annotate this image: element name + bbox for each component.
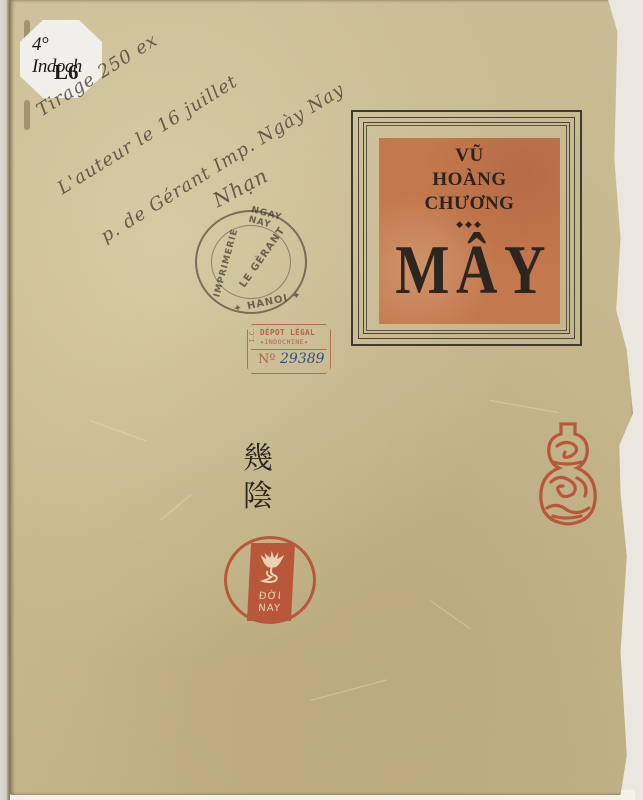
- phoenix-icon: [255, 549, 289, 587]
- han-character: 陰: [238, 478, 278, 516]
- paper-fiber: [310, 679, 388, 701]
- paper-fiber: [90, 420, 147, 441]
- author-name-line: VŨ: [379, 144, 560, 168]
- depot-legal-stamp: I.C. DÉPOT LÉGAL ✦INDOCHINE✦ Nº 29389: [247, 324, 331, 374]
- depot-subtitle: ✦INDOCHINE✦: [260, 338, 309, 346]
- author-name-line: HOÀNG: [379, 168, 560, 192]
- gourd-seal-icon: [537, 422, 599, 526]
- doi-nay-seal: ĐỜI NAY: [224, 536, 316, 624]
- han-characters: 幾 陰: [238, 440, 278, 516]
- title-frame: VŨ HOÀNG CHƯƠNG ◆◆◆ MÂY: [351, 110, 582, 346]
- depot-number-label: Nº: [258, 352, 276, 367]
- depot-side-text: I.C.: [249, 328, 256, 342]
- book-title: MÂY: [395, 236, 543, 306]
- paper-fiber: [160, 494, 191, 520]
- title-panel: VŨ HOÀNG CHƯƠNG ◆◆◆ MÂY: [379, 138, 560, 324]
- author-name-line: CHƯƠNG: [379, 192, 560, 216]
- han-character: 幾: [238, 440, 278, 478]
- printer-circular-stamp: IMPRIMERIE NGAY NAY LE GÉRANT ✦ HANOI ✦: [195, 210, 307, 314]
- seal-text: NAY: [247, 603, 292, 614]
- spine-stain: [24, 100, 30, 130]
- depot-number: 29389: [280, 351, 325, 367]
- diamond-ornament-icon: ◆◆◆: [379, 220, 560, 230]
- depot-title: DÉPOT LÉGAL: [260, 328, 315, 337]
- seal-band: ĐỜI NAY: [247, 543, 295, 621]
- depot-divider: [251, 349, 327, 350]
- paper-fiber: [490, 400, 559, 413]
- seal-text: ĐỜI: [248, 591, 293, 602]
- paper-fiber: [430, 600, 472, 629]
